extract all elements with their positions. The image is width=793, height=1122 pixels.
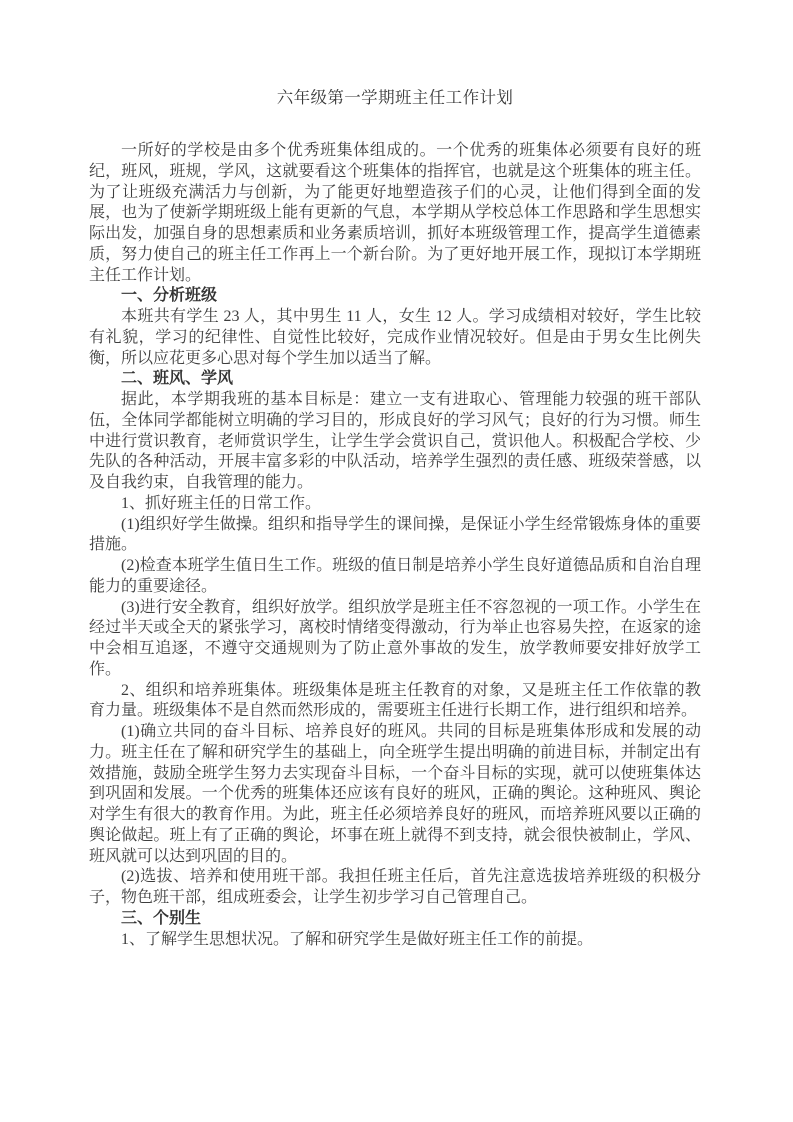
document-body: 一所好的学校是由多个优秀班集体组成的。一个优秀的班集体必须要有良好的班纪，班风，… [89, 141, 701, 950]
paragraph: (3)进行安全教育，组织好放学。组织放学是班主任不容忽视的一项工作。小学生在经过… [89, 598, 701, 681]
section-heading: 一、分析班级 [89, 286, 701, 307]
paragraph: (1)组织好学生做操。组织和指导学生的课间操，是保证小学生经常锻炼身体的重要措施… [89, 515, 701, 557]
document-title: 六年级第一学期班主任工作计划 [89, 87, 701, 108]
section-heading: 二、班风、学风 [89, 369, 701, 390]
paragraph: (2)选拔、培养和使用班干部。我担任班主任后，首先注意选拔培养班级的积极分子，物… [89, 867, 701, 909]
document-page: 六年级第一学期班主任工作计划 一所好的学校是由多个优秀班集体组成的。一个优秀的班… [0, 0, 793, 1122]
paragraph: 一所好的学校是由多个优秀班集体组成的。一个优秀的班集体必须要有良好的班纪，班风，… [89, 141, 701, 286]
paragraph: 1、了解学生思想状况。了解和研究学生是做好班主任工作的前提。 [89, 930, 701, 951]
paragraph: (2)检查本班学生值日生工作。班级的值日制是培养小学生良好道德品质和自治自理能力… [89, 556, 701, 598]
paragraph: 2、组织和培养班集体。班级集体是班主任教育的对象，又是班主任工作依靠的教育力量。… [89, 681, 701, 723]
paragraph: 1、抓好班主任的日常工作。 [89, 494, 701, 515]
paragraph: (1)确立共同的奋斗目标、培养良好的班风。共同的目标是班集体形成和发展的动力。班… [89, 722, 701, 867]
paragraph: 据此，本学期我班的基本目标是：建立一支有进取心、管理能力较强的班干部队伍，全体同… [89, 390, 701, 494]
paragraph: 本班共有学生 23 人，其中男生 11 人，女生 12 人。学习成绩相对较好，学… [89, 307, 701, 369]
section-heading: 三、个别生 [89, 909, 701, 930]
